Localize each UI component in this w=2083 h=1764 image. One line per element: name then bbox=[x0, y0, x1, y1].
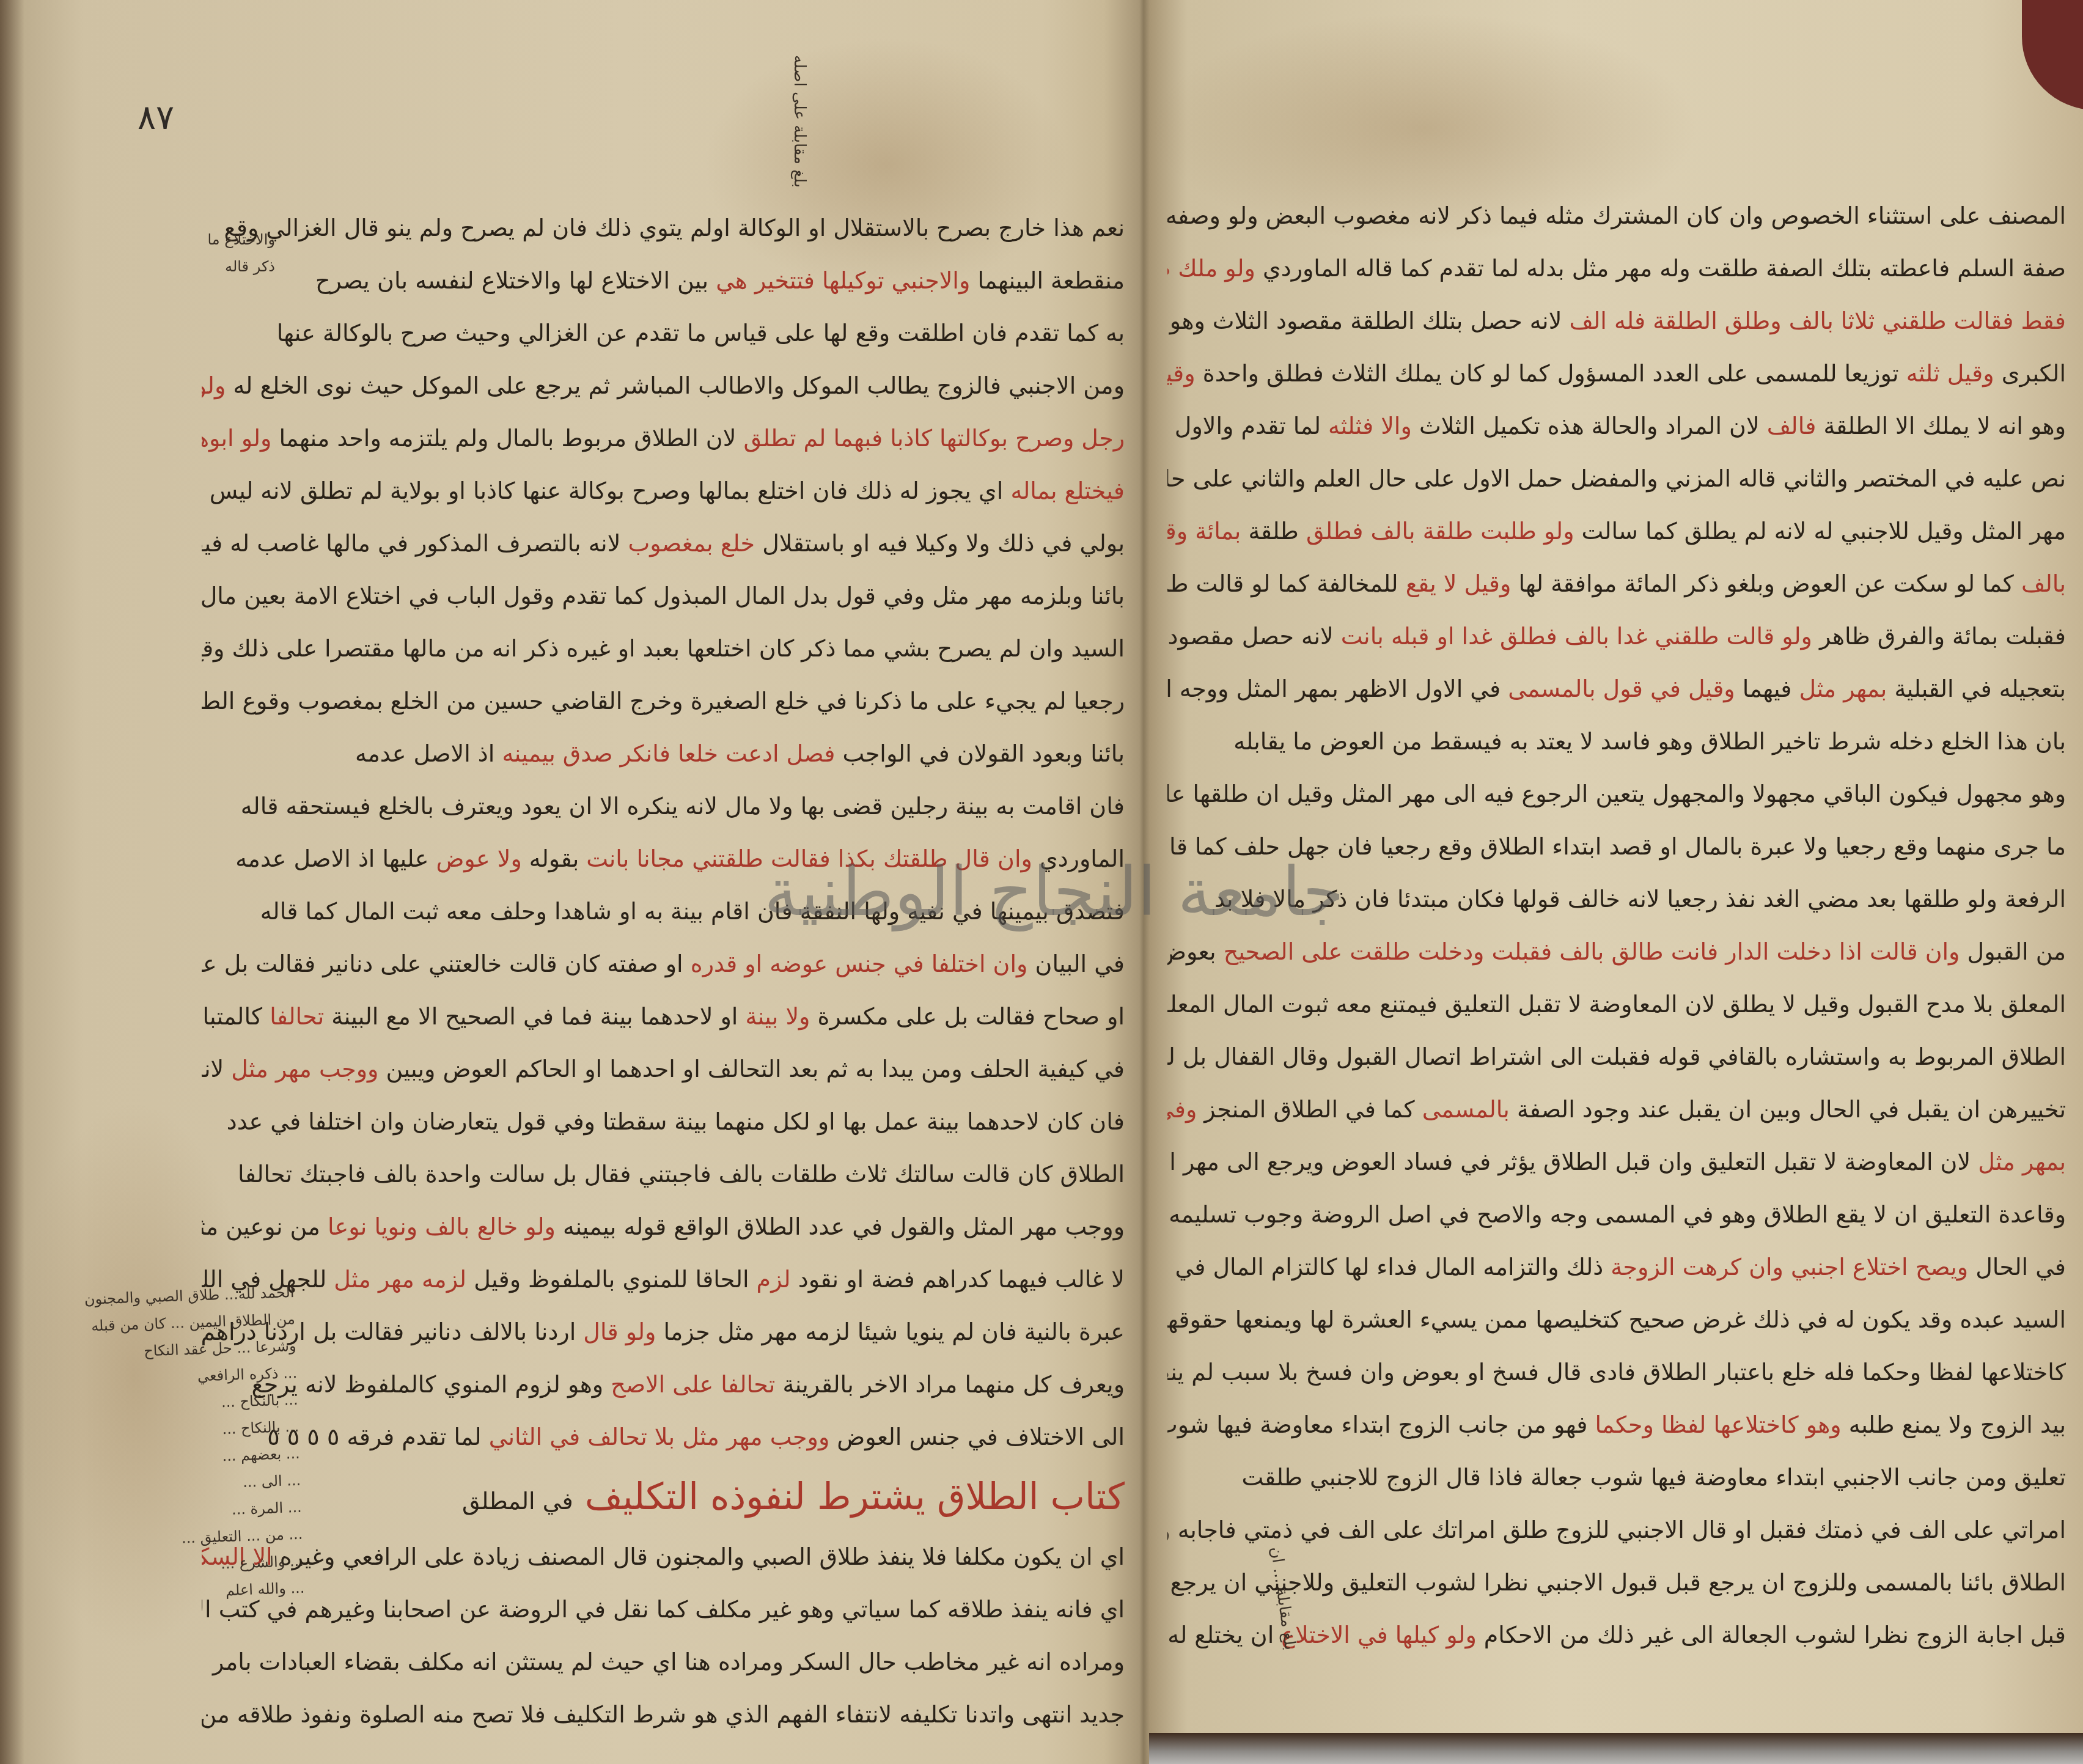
rubric-text: وهو كاختلاعها لفظا وحكما bbox=[1595, 1411, 1841, 1438]
line-text: وهو مجهول فيكون الباقي مجهولا والمجهول ي… bbox=[1167, 781, 2066, 807]
margin-note-top: بلغ مقابلة على اصله bbox=[788, 55, 810, 188]
line-text: اذ الاصل عدمه bbox=[355, 740, 494, 767]
rubric-text: ولو اختلع bbox=[202, 372, 226, 399]
text-line: جديد انتهى واتدنا تكليفه لانتفاء الفهم ا… bbox=[202, 1688, 1125, 1741]
rubric-text: فيختلع بماله bbox=[1010, 477, 1125, 504]
text-line: السيد عبده وقد يكون له في ذلك غرض صحيح ك… bbox=[1167, 1293, 2066, 1346]
rubric-text: ولا بينة bbox=[745, 1003, 810, 1030]
line-text: عليها اذ الاصل عدمه bbox=[235, 845, 428, 872]
rubric-text: بمهر مثل bbox=[1978, 1148, 2066, 1175]
text-line: عبرة بالنية فان لم ينويا شيئا لزمه مهر م… bbox=[202, 1306, 1125, 1358]
line-text: لانه المرد bbox=[202, 1056, 224, 1082]
line-text: من نوعين مثلا بالبلد bbox=[202, 1213, 320, 1240]
line-text: وهو لزوم المنوي كالملفوظ لانه يرجع bbox=[252, 1371, 603, 1398]
text-line: تخييرهن ان يقبل في الحال وبين ان يقبل عن… bbox=[1167, 1083, 2066, 1136]
rubric-text: فالف bbox=[1767, 413, 1817, 439]
line-text: فان اقامت به بينة رجلين قضى بها ولا مال … bbox=[241, 793, 1125, 820]
text-line: امراتي على الف في ذمتك فقبل او قال الاجن… bbox=[1167, 1504, 2066, 1556]
line-text: ويعرف كل منهما مراد الاخر بالقرينة bbox=[782, 1371, 1125, 1398]
rubric-text: لزمه مهر مثل bbox=[334, 1266, 466, 1293]
line-text: بان هذا الخلع دخله شرط تاخير الطلاق وهو … bbox=[1233, 728, 2066, 755]
line-text: كما في الطلاق المنجز bbox=[1204, 1096, 1414, 1123]
text-line: الطلاق بائنا بالمسمى وللزوج ان يرجع قبل … bbox=[1167, 1556, 2066, 1609]
line-text: اي ان يكون مكلفا فلا ينفذ طلاق الصبي وال… bbox=[280, 1543, 1125, 1570]
rubric-text: تحالفا على الاصح bbox=[611, 1371, 775, 1398]
line-text: نص عليه في المختصر والثاني قاله المزني و… bbox=[1167, 465, 2066, 492]
line-text: لانه حصل مقصودها وزاد bbox=[1167, 623, 1334, 650]
line-text: لا غالب فيهما كدراهم فضة او نقود bbox=[798, 1266, 1125, 1293]
text-line: بائنا وبعود القولان في الواجب فصل ادعت خ… bbox=[202, 727, 1125, 780]
line-text: فان كان لاحدهما بينة عمل بها او لكل منهم… bbox=[227, 1108, 1125, 1135]
line-text: فقبلت بمائة والفرق ظاهر bbox=[1820, 623, 2066, 650]
rubric-text: وفي وجه او قول bbox=[1167, 1096, 1197, 1123]
text-line: ومن الاجنبي فالزوج يطالب الموكل والاطالب… bbox=[202, 359, 1125, 412]
text-line: بتعجيله في القبلية بمهر مثل فيهما وقيل ف… bbox=[1167, 663, 2066, 715]
line-text: الطلاق المربوط به واستشاره بالقافي قوله … bbox=[1167, 1043, 2066, 1070]
line-text: او صحاح فقالت بل على مكسرة bbox=[818, 1003, 1125, 1030]
chapter-title: كتاب الطلاق يشترط لنفوذه التكليف bbox=[585, 1476, 1125, 1518]
line-text: لما تقدم والاول bbox=[1175, 413, 1321, 439]
rubric-text: ووجب مهر مثل بلا تحالف في الثاني bbox=[489, 1424, 830, 1450]
line-text: قبل اجابة الزوج نظرا لشوب الجعالة الى غي… bbox=[1484, 1622, 2066, 1648]
text-line: رجل وصرح بوكالتها كاذبا فبهما لم تطلق لا… bbox=[202, 412, 1125, 465]
text-line: به كما تقدم فان اطلقت وقع لها على قياس م… bbox=[202, 307, 1125, 359]
text-line: من القبول وان قالت اذا دخلت الدار فانت ط… bbox=[1167, 925, 2066, 978]
rubric-text: والاجنبي توكيلها فتتخير هي bbox=[716, 267, 970, 294]
line-text: فيهما bbox=[1743, 675, 1792, 702]
line-text: فهو من جانب الزوج ابتداء معاوضة فيها شوب bbox=[1167, 1411, 1587, 1438]
text-line: في الحال ويصح اختلاع اجنبي وان كرهت الزو… bbox=[1167, 1241, 2066, 1293]
rubric-text: ولو قال bbox=[583, 1318, 656, 1345]
line-text: اي يجوز له ذلك فان اختلع بمالها وصرح بوك… bbox=[210, 477, 1004, 504]
line-text: في البيان bbox=[1035, 950, 1125, 977]
text-line: وهو مجهول فيكون الباقي مجهولا والمجهول ي… bbox=[1167, 768, 2066, 820]
line-text: الكبرى bbox=[2002, 360, 2066, 387]
rubric-text: ولو طلبت طلقة بالف فطلق bbox=[1306, 518, 1574, 545]
line-text: من القبول bbox=[1967, 938, 2066, 965]
text-line: لا غالب فيهما كدراهم فضة او نقود لزم الح… bbox=[202, 1253, 1125, 1306]
section-marker-fasl: فصل ادعت خلعا فانكر صدق بيمينه bbox=[502, 740, 835, 767]
line-text: في المطلق bbox=[462, 1488, 573, 1515]
rubric-text: وقيل في قول بالمسمى bbox=[1508, 675, 1735, 702]
line-text: بولي في ذلك ولا وكيلا فيه او باستقلال bbox=[762, 530, 1125, 557]
red-cloth-corner bbox=[2022, 0, 2083, 110]
rubric-text: وقيل لا يقع bbox=[1406, 570, 1512, 597]
line-text: كما لو سكت عن العوض وبلغو ذكر المائة موا… bbox=[1518, 570, 2013, 597]
rubric-text: ولو كيلها في الاختلاع bbox=[1281, 1622, 1476, 1648]
rubric-text: وان اختلفا في جنس عوضه او قدره bbox=[691, 950, 1028, 977]
line-text: بين الاختلاع لها والاختلاع لنفسه بان يصر… bbox=[315, 267, 708, 294]
line-text: جديد انتهى واتدنا تكليفه لانتفاء الفهم ا… bbox=[202, 1701, 1125, 1728]
rubric-text: ووجب مهر مثل bbox=[231, 1056, 378, 1082]
rubric-text: خلع بمغصوب bbox=[628, 530, 755, 557]
text-line: ووجب مهر المثل والقول في عدد الطلاق الوا… bbox=[202, 1200, 1125, 1253]
line-text: صفة السلم فاعطته بتلك الصفة طلقت وله مهر… bbox=[1263, 255, 2066, 282]
rubric-text: وقيل ثلثه bbox=[1906, 360, 1994, 387]
line-text: او صفته كان قالت خالعتني على دنانير فقال… bbox=[202, 950, 683, 977]
margin-note-left-top: والاختلاع ما ذكر قاله bbox=[202, 226, 275, 280]
line-text: توزيعا للمسمى على العدد المسؤول كما لو ك… bbox=[1203, 360, 1899, 387]
line-text: في الحال bbox=[1975, 1254, 2066, 1281]
line-text: مهر المثل وقيل للاجنبي له لانه لم يطلق ك… bbox=[1582, 518, 2066, 545]
text-line: الكبرى وقيل ثلثه توزيعا للمسمى على العدد… bbox=[1167, 347, 2066, 400]
text-line: قبل اجابة الزوج نظرا لشوب الجعالة الى غي… bbox=[1167, 1609, 2066, 1661]
text-line: الى الاختلاف في جنس العوض ووجب مهر مثل ب… bbox=[202, 1411, 1125, 1463]
line-text: بائنا وبعود القولان في الواجب bbox=[843, 740, 1125, 767]
text-line: بمهر مثل لان المعاوضة لا تقبل التعليق وا… bbox=[1167, 1136, 2066, 1188]
text-line: بيد الزوج ولا يمنع طلبه وهو كاختلاعها لف… bbox=[1167, 1398, 2066, 1451]
rubric-text: لزم bbox=[757, 1266, 791, 1293]
rubric-text: بمهر مثل bbox=[1799, 675, 1887, 702]
line-text: لانه بالتصرف المذكور في مالها غاصب له في… bbox=[202, 530, 620, 557]
line-text: او لاحدهما بينة فما في الصحيح الا مع الب… bbox=[331, 1003, 738, 1030]
text-line: ويعرف كل منهما مراد الاخر بالقرينة تحالف… bbox=[202, 1358, 1125, 1411]
line-text: بتعجيله في القبلية bbox=[1894, 675, 2066, 702]
line-text: طلقة bbox=[1248, 518, 1298, 545]
line-text: المصنف على استثناء الخصوص وان كان المشتر… bbox=[1167, 202, 2066, 229]
text-line: وهو انه لا يملك الا الطلقة فالف لان المر… bbox=[1167, 400, 2066, 452]
line-text: في الاول الاظهر بمهر المثل ووجه القطع bbox=[1167, 675, 1501, 702]
line-text: الطلاق بائنا بالمسمى وللزوج ان يرجع قبل … bbox=[1170, 1569, 2066, 1596]
rubric-text: ولو ابوها كالاجنبي bbox=[202, 425, 271, 452]
line-text: الطلاق كان قالت سالتك ثلاث طلقات بالف فا… bbox=[238, 1161, 1125, 1188]
text-line: منقطعة البينهما والاجنبي توكيلها فتتخير … bbox=[202, 254, 1125, 307]
rubric-text: وقيل ان علمت الحال bbox=[1167, 360, 1196, 387]
text-line: فيختلع بماله اي يجوز له ذلك فان اختلع بم… bbox=[202, 465, 1125, 517]
text-line: المعلق بلا مدح القبول وقيل لا يطلق لان ا… bbox=[1167, 978, 2066, 1031]
line-text: تخييرهن ان يقبل في الحال وبين ان يقبل عن… bbox=[1517, 1096, 2066, 1123]
text-line: فقبلت بمائة والفرق ظاهر ولو قالت طلقني غ… bbox=[1167, 610, 2066, 663]
text-line: رجعيا لم يجيء على ما ذكرنا في خلع الصغير… bbox=[202, 675, 1125, 727]
line-text: منقطعة البينهما bbox=[977, 267, 1125, 294]
text-line: بالف كما لو سكت عن العوض وبلغو ذكر المائ… bbox=[1167, 557, 2066, 610]
text-line: فان كان لاحدهما بينة عمل بها او لكل منهم… bbox=[202, 1095, 1125, 1148]
rubric-text: وان قالت اذا دخلت الدار فانت طالق بالف ف… bbox=[1224, 938, 1960, 965]
line-text: ووجب مهر المثل والقول في عدد الطلاق الوا… bbox=[563, 1213, 1125, 1240]
line-text: ومراده انه غير مخاطب حال السكر ومراده هن… bbox=[213, 1648, 1125, 1675]
line-text: لانه حصل بتلك الطلقة مقصود الثلاث وهو ال… bbox=[1167, 307, 1562, 334]
rubric-text: فقط فقالت طلقني ثلاثا بالف وطلق الطلقة ف… bbox=[1569, 307, 2066, 334]
text-line: اي ان يكون مكلفا فلا ينفذ طلاق الصبي وال… bbox=[202, 1531, 1125, 1583]
line-text: الحاقا للمنوي بالملفوظ وقيل bbox=[474, 1266, 749, 1293]
text-line: بائنا وبلزمه مهر مثل وفي قول بدل المال ا… bbox=[202, 570, 1125, 622]
line-text: لان الطلاق مربوط بالمال ولم يلتزمه واحد … bbox=[279, 425, 736, 452]
rubric-text: بالمسمى bbox=[1422, 1096, 1510, 1123]
text-line: فان اقامت به بينة رجلين قضى بها ولا مال … bbox=[202, 780, 1125, 832]
page-bottom-edge bbox=[1149, 1733, 2083, 1764]
rubric-text: تحالفا bbox=[270, 1003, 324, 1030]
line-text: لان المعاوضة لا تقبل التعليق وان قبل الط… bbox=[1167, 1148, 1971, 1175]
chapter-heading: كتاب الطلاق يشترط لنفوذه التكليف في المط… bbox=[202, 1463, 1125, 1531]
line-text: وقاعدة التعليق ان لا يقع الطلاق وهو في ا… bbox=[1169, 1201, 2066, 1228]
text-line: الطلاق المربوط به واستشاره بالقافي قوله … bbox=[1167, 1031, 2066, 1083]
text-line: تعليق ومن جانب الاجنبي ابتداء معاوضة فيه… bbox=[1167, 1451, 2066, 1504]
line-text: في كيفية الحلف ومن يبدا به ثم بعد التحال… bbox=[386, 1056, 1125, 1082]
line-text: بائنا وبلزمه مهر مثل وفي قول بدل المال ا… bbox=[202, 582, 1125, 609]
text-line: كاختلاعها لفظا وحكما فله خلع باعتبار الط… bbox=[1167, 1346, 2066, 1398]
rubric-text: رجل وصرح بوكالتها كاذبا فبهما لم تطلق bbox=[743, 425, 1125, 452]
text-line: مهر المثل وقيل للاجنبي له لانه لم يطلق ك… bbox=[1167, 505, 2066, 557]
line-text: الى الاختلاف في جنس العوض bbox=[837, 1424, 1125, 1450]
text-line: صفة السلم فاعطته بتلك الصفة طلقت وله مهر… bbox=[1167, 242, 2066, 295]
line-text: بيد الزوج ولا يمنع طلبه bbox=[1849, 1411, 2066, 1438]
text-line: المصنف على استثناء الخصوص وان كان المشتر… bbox=[1167, 189, 2066, 242]
line-text: بعوض bbox=[1167, 938, 1216, 965]
line-text: نعم هذا خارج بصرح بالاستقلال او الوكالة … bbox=[224, 215, 1125, 241]
line-text: ومن الاجنبي فالزوج يطالب الموكل والاطالب… bbox=[233, 372, 1125, 399]
text-line: اي فانه ينفذ طلاقه كما سياتي وهو غير مكل… bbox=[202, 1583, 1125, 1636]
line-text: اي فانه ينفذ طلاقه كما سياتي وهو غير مكل… bbox=[202, 1596, 1125, 1623]
text-line: في كيفية الحلف ومن يبدا به ثم بعد التحال… bbox=[202, 1043, 1125, 1095]
rubric-text: بالف bbox=[2021, 570, 2066, 597]
line-text: عبرة بالنية فان لم ينويا شيئا لزمه مهر م… bbox=[663, 1318, 1125, 1345]
line-text: ان يختلع له bbox=[1167, 1622, 1274, 1648]
margin-note-left-bottom: الحمد لله... طلاق الصبي والمجنون من الطل… bbox=[7, 1279, 305, 1611]
line-text: كالمتبايعين bbox=[202, 1003, 262, 1030]
rubric-text: ولو خالع بالف ونويا نوعا bbox=[328, 1213, 556, 1240]
text-line: الطلاق كان قالت سالتك ثلاث طلقات بالف فا… bbox=[202, 1148, 1125, 1200]
folio-number: ٨٧ bbox=[138, 98, 174, 138]
line-text: للمخالفة كما لو قالت طلقني بالف bbox=[1167, 570, 1398, 597]
rubric-text: بمائة وقع بمائة رضا bbox=[1167, 518, 1241, 545]
rubric-text: ولو ملك طلقة bbox=[1167, 255, 1255, 282]
line-text: بقوله bbox=[529, 845, 579, 872]
text-line: بان هذا الخلع دخله شرط تاخير الطلاق وهو … bbox=[1167, 715, 2066, 768]
line-text: ذلك والتزامه المال فداء لها كالتزام الما… bbox=[1167, 1254, 1603, 1281]
rubric-text: والا فثلثه bbox=[1328, 413, 1412, 439]
line-text: به كما تقدم فان اطلقت وقع لها على قياس م… bbox=[277, 320, 1125, 347]
line-text: السيد عبده وقد يكون له في ذلك غرض صحيح ك… bbox=[1167, 1306, 2066, 1333]
line-text: كاختلاعها لفظا وحكما فله خلع باعتبار الط… bbox=[1167, 1359, 2066, 1386]
line-text: المعلق بلا مدح القبول وقيل لا يطلق لان ا… bbox=[1167, 991, 2066, 1018]
line-text: السيد وان لم يصرح بشي مما ذكر كان اختلعه… bbox=[202, 635, 1125, 662]
line-text: تعليق ومن جانب الاجنبي ابتداء معاوضة فيه… bbox=[1242, 1464, 2066, 1491]
text-line: ومراده انه غير مخاطب حال السكر ومراده هن… bbox=[202, 1636, 1125, 1688]
manuscript-spread: ٨٧ نعم هذا خارج بصرح بالاستقلال او الوكا… bbox=[0, 0, 2083, 1764]
line-text: رجعيا لم يجيء على ما ذكرنا في خلع الصغير… bbox=[202, 688, 1125, 715]
rubric-text: ويصح اختلاع اجنبي وان كرهت الزوجة bbox=[1611, 1254, 1968, 1281]
line-text: امراتي على الف في ذمتك فقبل او قال الاجن… bbox=[1167, 1516, 2066, 1543]
line-text: وهو انه لا يملك الا الطلقة bbox=[1824, 413, 2066, 439]
watermark: جامعة النجاح الوطنية bbox=[764, 853, 1344, 931]
left-page: نعم هذا خارج بصرح بالاستقلال او الوكالة … bbox=[202, 202, 1125, 1741]
text-line: وقاعدة التعليق ان لا يقع الطلاق وهو في ا… bbox=[1167, 1188, 2066, 1241]
text-line: نص عليه في المختصر والثاني قاله المزني و… bbox=[1167, 452, 2066, 505]
rubric-text: ولو قالت طلقني غدا بالف فطلق غدا او قبله… bbox=[1341, 623, 1812, 650]
text-line: بولي في ذلك ولا وكيلا فيه او باستقلال خل… bbox=[202, 517, 1125, 570]
text-line: السيد وان لم يصرح بشي مما ذكر كان اختلعه… bbox=[202, 622, 1125, 675]
text-line: في البيان وان اختلفا في جنس عوضه او قدره… bbox=[202, 938, 1125, 990]
text-line: فقط فقالت طلقني ثلاثا بالف وطلق الطلقة ف… bbox=[1167, 295, 2066, 347]
text-line: نعم هذا خارج بصرح بالاستقلال او الوكالة … bbox=[202, 202, 1125, 254]
line-text: لان المراد والحالة هذه تكميل الثلاث bbox=[1419, 413, 1760, 439]
text-line: او صحاح فقالت بل على مكسرة ولا بينة او ل… bbox=[202, 990, 1125, 1043]
rubric-text: ولا عوض bbox=[436, 845, 521, 872]
